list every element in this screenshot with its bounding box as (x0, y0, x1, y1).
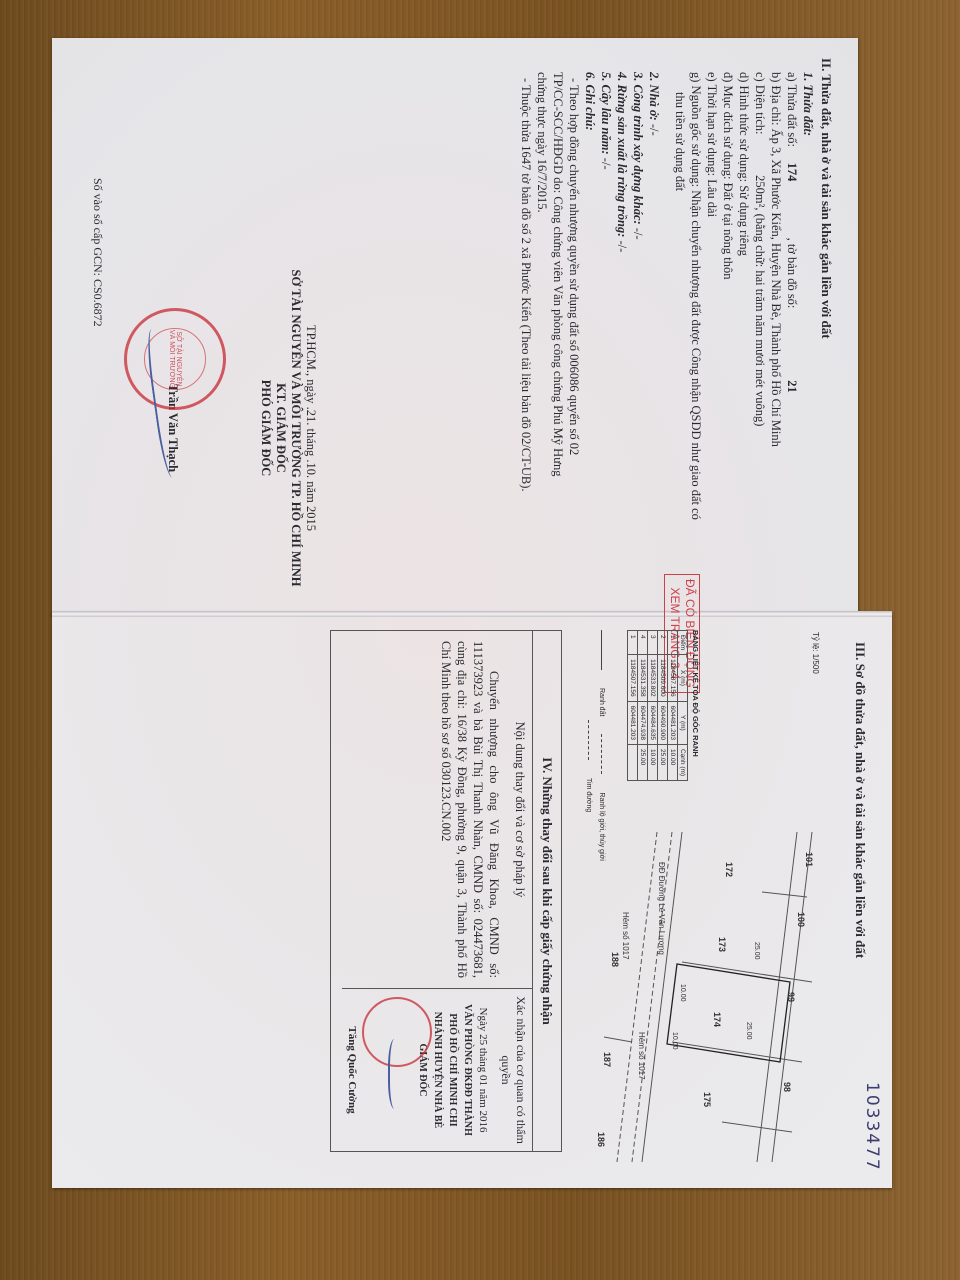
legend-dashed-line (601, 734, 602, 774)
item-house: 2. Nhà ở: -/- (646, 58, 662, 596)
lot-label: 100 (796, 912, 806, 927)
issuer-kt: KT. GIÁM ĐỐC (273, 258, 288, 598)
section-iv-body: Nội dung thay đổi và cơ sở pháp lý Chuyể… (342, 631, 532, 1151)
confirm-signature (388, 1039, 404, 1109)
coordinate-table-row: 41184531.358604474.93825.00 (638, 631, 648, 781)
area-line: c) Diện tích: 250m², (bằng chữ: hai trăm… (752, 58, 768, 596)
coordinate-table-header: X (m) (678, 655, 688, 701)
coordinate-cell: 1 (668, 631, 678, 655)
coordinate-cell: 1184509.600 (658, 655, 668, 701)
section-iv-box: IV. Những thay đổi sau khi cấp giấy chứn… (330, 630, 562, 1152)
note-line: chứng thực ngày 16/7/2015. (534, 58, 550, 596)
coordinate-cell: 10.00 (668, 745, 678, 781)
authority-confirm-header: Xác nhận của cơ quan có thẩm quyền (498, 995, 528, 1145)
item-perennial-label: 5. Cây lâu năm: (599, 72, 613, 155)
coordinate-table-header: Y (m) (678, 701, 688, 744)
coordinate-cell: 10.00 (648, 745, 658, 781)
item-perennial-value: -/- (599, 158, 613, 170)
coordinate-table: ĐiểmX (m)Y (m)Cạnh (m) 11184507.15660448… (627, 630, 688, 781)
road-label: ĐĐ Đường Lê Văn Lương (657, 862, 666, 955)
item-house-value: -/- (647, 124, 661, 136)
parcel-174-label: 174 (712, 1012, 722, 1027)
dimension-label: 10.00 (679, 984, 686, 1002)
map-legend-2: Tim đường (585, 720, 592, 861)
coordinate-cell: 2 (658, 631, 668, 655)
coordinate-table-row: 11184507.156604481.203 (628, 631, 638, 781)
issuer-org: SỞ TÀI NGUYÊN VÀ MÔI TRƯỜNG TP. HỒ CHÍ M… (288, 258, 303, 598)
parcel-subtitle: 1. Thửa đất: (800, 58, 816, 596)
page-2-content: II. Thửa đất, nhà ở và tài sản khác gắn … (52, 38, 858, 616)
parcel-number: 174 (785, 163, 799, 182)
dimension-label: 25.00 (745, 1022, 752, 1040)
lot-label: 175 (702, 1092, 712, 1107)
coordinate-cell: 25.00 (658, 745, 668, 781)
page-3-content: III. Sơ đồ thửa đất, nhà ở và tài sản kh… (52, 612, 892, 1188)
use-term-line: e) Thời hạn sử dụng: Lâu dài (704, 58, 720, 596)
notes-title: 6. Ghi chú: (582, 58, 598, 596)
note-line: TP/CC-SCC/HĐGD do: Công chứng viên Văn p… (550, 58, 566, 596)
map-sheet-number: 21 (785, 380, 799, 393)
note-line: - Thuộc thửa 1647 tờ bản đồ số 2 xã Phướ… (518, 58, 534, 596)
confirm-org: VĂN PHÒNG ĐKĐĐ THÀNH PHỐ HỒ CHÍ MINH CHI… (430, 995, 475, 1145)
coordinate-cell: 604481.203 (668, 701, 678, 744)
confirm-date: Ngày 25 tháng 01 năm 2016 (475, 995, 490, 1145)
change-content-header: Nội dung thay đổi và cơ sở pháp lý (512, 641, 528, 978)
origin-line: g) Nguồn gốc sử dụng: Nhận chuyển nhượng… (688, 58, 704, 596)
coordinate-cell: 1 (628, 631, 638, 655)
coordinate-cell: 3 (648, 631, 658, 655)
dimension-label: 10.00 (671, 1032, 678, 1050)
parcel-number-line: a) Thửa đất số: 174 , tờ bản đồ số: 21 (784, 58, 800, 596)
parcel-label: a) Thửa đất số: (785, 72, 799, 147)
coordinate-table-header: Điểm (678, 631, 688, 655)
note-line: - Theo hợp đồng chuyển nhượng quyền sử d… (566, 58, 582, 596)
handwritten-number: 1033477 (862, 1082, 882, 1172)
coordinate-cell: 1184507.156 (668, 655, 678, 701)
issuer-role: PHÓ GIÁM ĐỐC (258, 258, 273, 598)
coordinate-table-row: 31184533.802604484.63510.00 (648, 631, 658, 781)
lot-label: 99 (786, 992, 796, 1002)
section-ii-title: II. Thửa đất, nhà ở và tài sản khác gắn … (818, 58, 834, 596)
item-other-works-label: 3. Công trình xây dựng khác: (631, 72, 645, 225)
area-label: c) Diện tích: (753, 72, 767, 134)
lot-label: 173 (717, 937, 727, 952)
authority-confirm-column: Xác nhận của cơ quan có thẩm quyền Ngày … (342, 989, 532, 1151)
map-scale: Tỷ lệ: 1/500 (811, 632, 820, 674)
lot-label: 98 (782, 1082, 792, 1092)
item-other-works: 3. Công trình xây dựng khác: -/- (630, 58, 646, 596)
coordinate-cell: 25.00 (638, 745, 648, 781)
lot-label: 187 (602, 1052, 612, 1067)
coordinate-cell: 1184507.156 (628, 655, 638, 701)
coordinate-cell (628, 745, 638, 781)
coordinate-cell: 604474.938 (638, 701, 648, 744)
legend-ranh-dat: Ranh đất (598, 688, 605, 716)
item-forest-label: 4. Rừng sản xuất là rừng trồng: (615, 72, 629, 237)
change-content-column: Nội dung thay đổi và cơ sở pháp lý Chuyể… (342, 631, 532, 989)
coordinate-table-header: Cạnh (m) (678, 745, 688, 781)
legend-solid-line (601, 630, 602, 670)
dimension-label: 25.00 (753, 942, 760, 960)
use-purpose-line: đ) Mục đích sử dụng: Đất ở tại nông thôn (720, 58, 736, 596)
coordinate-cell: 1184533.802 (648, 655, 658, 701)
origin-line-cont: thu tiền sử dụng đất (672, 58, 688, 596)
legend-tim-duong: Tim đường (585, 778, 592, 812)
item-house-label: 2. Nhà ở: (647, 72, 661, 121)
item-perennial: 5. Cây lâu năm: -/- (598, 58, 614, 596)
coordinate-cell: 4 (638, 631, 648, 655)
coordinate-table-row: 21184509.600604490.90025.00 (658, 631, 668, 781)
coordinate-cell: 1184531.358 (638, 655, 648, 701)
item-forest-value: -/- (615, 241, 629, 253)
lot-label: 172 (724, 862, 734, 877)
alley-label: Hẻm số 1017 (637, 1032, 646, 1080)
map-sheet-label: , tờ bản đồ số: (785, 238, 799, 309)
change-content-text: Chuyển nhượng cho ông Vũ Đăng Khoa, CMND… (438, 641, 502, 978)
lot-label: 101 (804, 852, 814, 867)
item-other-works-value: -/- (631, 228, 645, 240)
official-seal-stamp: SỞ TÀI NGUYÊN VÀ MÔI TRƯỜNG (124, 308, 226, 410)
coordinate-cell: 604481.203 (628, 701, 638, 744)
register-number: Số vào sổ cấp GCN: CS0.6872 (90, 178, 106, 327)
item-forest: 4. Rừng sản xuất là rừng trồng: -/- (614, 58, 630, 596)
use-form-line: d) Hình thức sử dụng: Sử dụng riêng (736, 58, 752, 596)
alley-label-2: Hẻm số 1017 (621, 912, 630, 960)
section-iv-title: IV. Những thay đổi sau khi cấp giấy chứn… (532, 631, 561, 1151)
address-line: b) Địa chỉ: Ấp 3, Xã Phước Kiển, Huyện N… (768, 58, 784, 596)
legend-centerline (588, 720, 589, 760)
coordinate-cell: 604490.900 (658, 701, 668, 744)
lot-label: 186 (596, 1132, 606, 1147)
area-value: 250m², (bằng chữ: hai trăm năm mươi mét … (753, 175, 767, 426)
confirm-name: Tăng Quốc Cường (344, 989, 359, 1151)
parcel-map (602, 812, 832, 1172)
issue-date: TP.HCM., ngày .21. tháng .10. năm 2015 (303, 258, 318, 598)
coordinate-table-row: 11184507.156604481.20310.00 (668, 631, 678, 781)
lot-label: 188 (610, 952, 620, 967)
coordinate-cell: 604484.635 (648, 701, 658, 744)
